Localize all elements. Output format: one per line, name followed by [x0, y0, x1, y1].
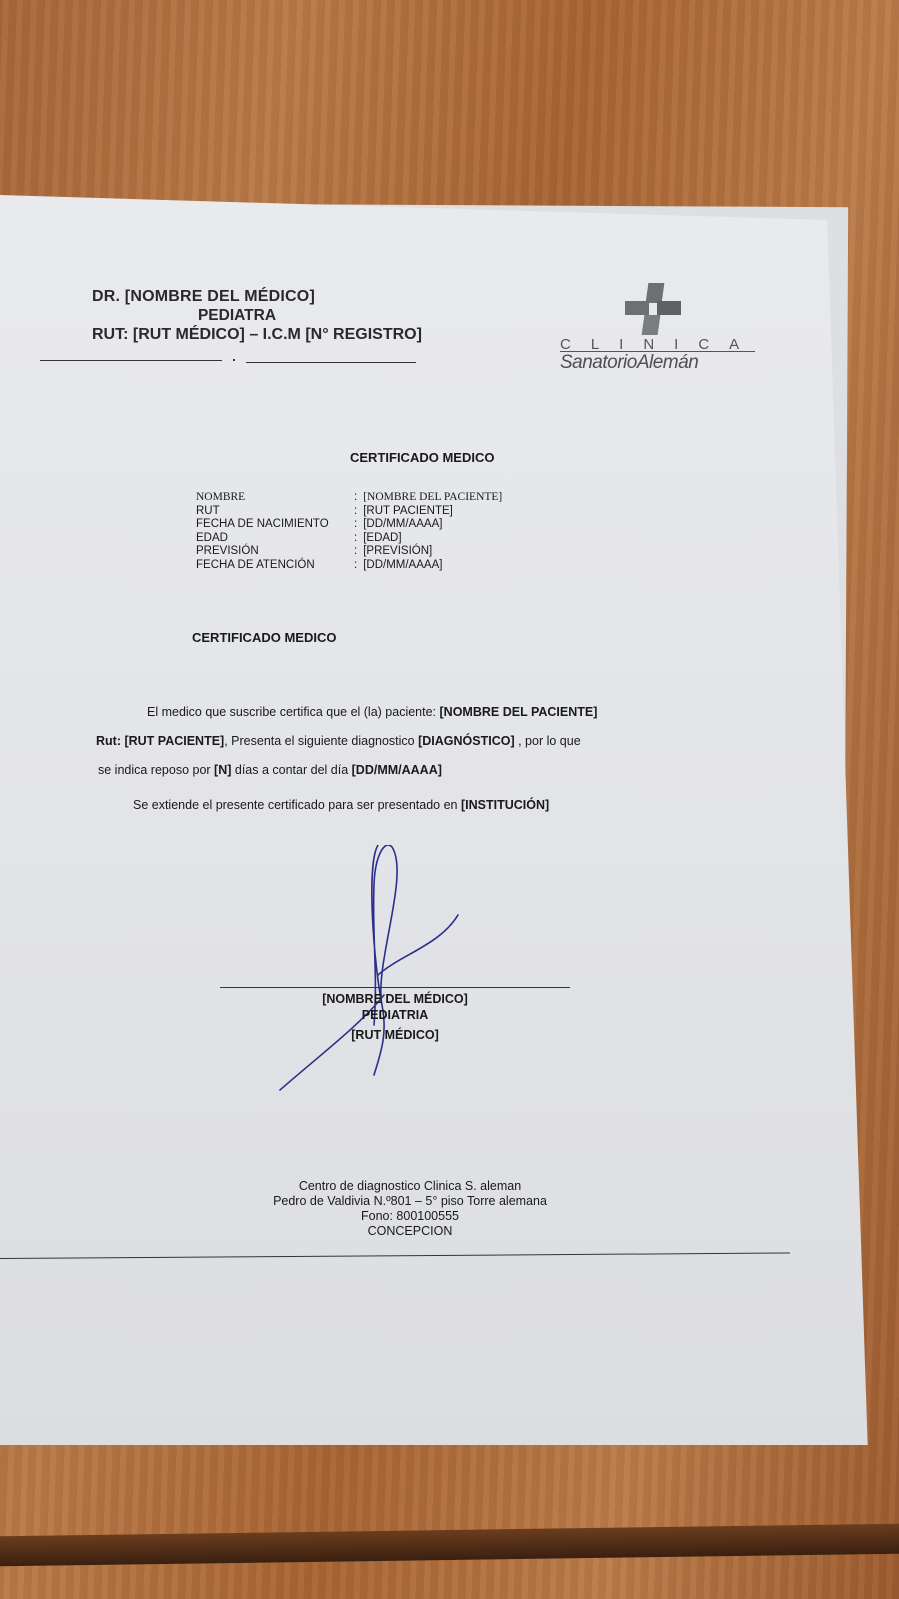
- patient-name-inline: [NOMBRE DEL PACIENTE]: [440, 705, 598, 719]
- letterhead-divider-dot: [233, 359, 235, 361]
- field-value: [DD/MM/AAAA]: [357, 518, 442, 532]
- diagnosis: [DIAGNÓSTICO]: [418, 734, 515, 748]
- field-value: [DD/MM/AAAA]: [357, 559, 442, 573]
- field-row: EDAD : [EDAD]: [196, 532, 502, 546]
- footer-phone: Fono: 800100555: [230, 1209, 590, 1224]
- rest-start-date: [DD/MM/AAAA]: [352, 763, 442, 777]
- handwritten-signature: [270, 845, 470, 1105]
- footer-divider: [0, 1252, 790, 1259]
- signer-name: [NOMBRE DEL MÉDICO]: [220, 991, 570, 1007]
- section-title: CERTIFICADO MEDICO: [192, 630, 336, 645]
- footer-clinic-name: Centro de diagnostico Clinica S. aleman: [230, 1179, 590, 1194]
- medical-certificate-page: DR. [NOMBRE DEL MÉDICO] PEDIATRA RUT: [R…: [0, 195, 880, 1445]
- field-value: [PREVISIÓN]: [357, 545, 432, 559]
- field-value: [EDAD]: [357, 532, 401, 546]
- body-line-3: se indica reposo por [N] días a contar d…: [98, 763, 442, 777]
- field-value: [NOMBRE DEL PACIENTE]: [357, 491, 502, 505]
- clinic-footer: Centro de diagnostico Clinica S. aleman …: [230, 1179, 590, 1239]
- field-row: NOMBRE : [NOMBRE DEL PACIENTE]: [196, 491, 502, 505]
- signature-block: [NOMBRE DEL MÉDICO] PEDIATRIA [RUT MÉDIC…: [220, 991, 570, 1043]
- medical-cross-icon: [625, 283, 685, 335]
- clinic-logo: CLINICA SanatorioAlemán: [560, 283, 755, 374]
- letterhead-divider-left: [40, 360, 222, 361]
- field-row: FECHA DE NACIMIENTO : [DD/MM/AAAA]: [196, 518, 502, 532]
- patient-info-table: NOMBRE : [NOMBRE DEL PACIENTE] RUT : [RU…: [196, 491, 502, 572]
- clinic-logo-name: SanatorioAlemán: [560, 352, 755, 374]
- signer-specialty: PEDIATRIA: [220, 1007, 570, 1023]
- field-label: NOMBRE: [196, 491, 354, 505]
- footer-city: CONCEPCION: [230, 1224, 590, 1239]
- rest-days: [N]: [214, 763, 231, 777]
- field-row: PREVISIÓN : [PREVISIÓN]: [196, 545, 502, 559]
- document-title: CERTIFICADO MEDICO: [350, 450, 494, 465]
- field-value: [RUT PACIENTE]: [357, 505, 453, 519]
- doctor-name: DR. [NOMBRE DEL MÉDICO]: [92, 288, 422, 306]
- body-line-4: Se extiende el presente certificado para…: [133, 798, 549, 812]
- signer-rut: [RUT MÉDICO]: [220, 1027, 570, 1043]
- field-label: FECHA DE ATENCIÓN: [196, 559, 354, 573]
- field-label: FECHA DE NACIMIENTO: [196, 518, 354, 532]
- field-row: RUT : [RUT PACIENTE]: [196, 505, 502, 519]
- body-line-2: Rut: [RUT PACIENTE], Presenta el siguien…: [96, 734, 581, 748]
- doctor-ids: RUT: [RUT MÉDICO] – I.C.M [N° REGISTRO]: [92, 326, 422, 344]
- field-label: PREVISIÓN: [196, 545, 354, 559]
- field-label: EDAD: [196, 532, 354, 546]
- field-label: RUT: [196, 505, 354, 519]
- doctor-specialty: PEDIATRA: [92, 307, 382, 325]
- field-row: FECHA DE ATENCIÓN : [DD/MM/AAAA]: [196, 559, 502, 573]
- letterhead-divider-right: [246, 362, 416, 363]
- doctor-letterhead: DR. [NOMBRE DEL MÉDICO] PEDIATRA RUT: [R…: [92, 288, 422, 344]
- clinic-logo-word: CLINICA: [560, 339, 755, 352]
- signature-line: [220, 987, 570, 988]
- body-line-1: El medico que suscribe certifica que el …: [147, 705, 597, 719]
- footer-address: Pedro de Valdivia N.º801 – 5° piso Torre…: [230, 1194, 590, 1209]
- institution: [INSTITUCIÓN]: [461, 798, 549, 812]
- patient-rut-inline: Rut: [RUT PACIENTE]: [96, 734, 224, 748]
